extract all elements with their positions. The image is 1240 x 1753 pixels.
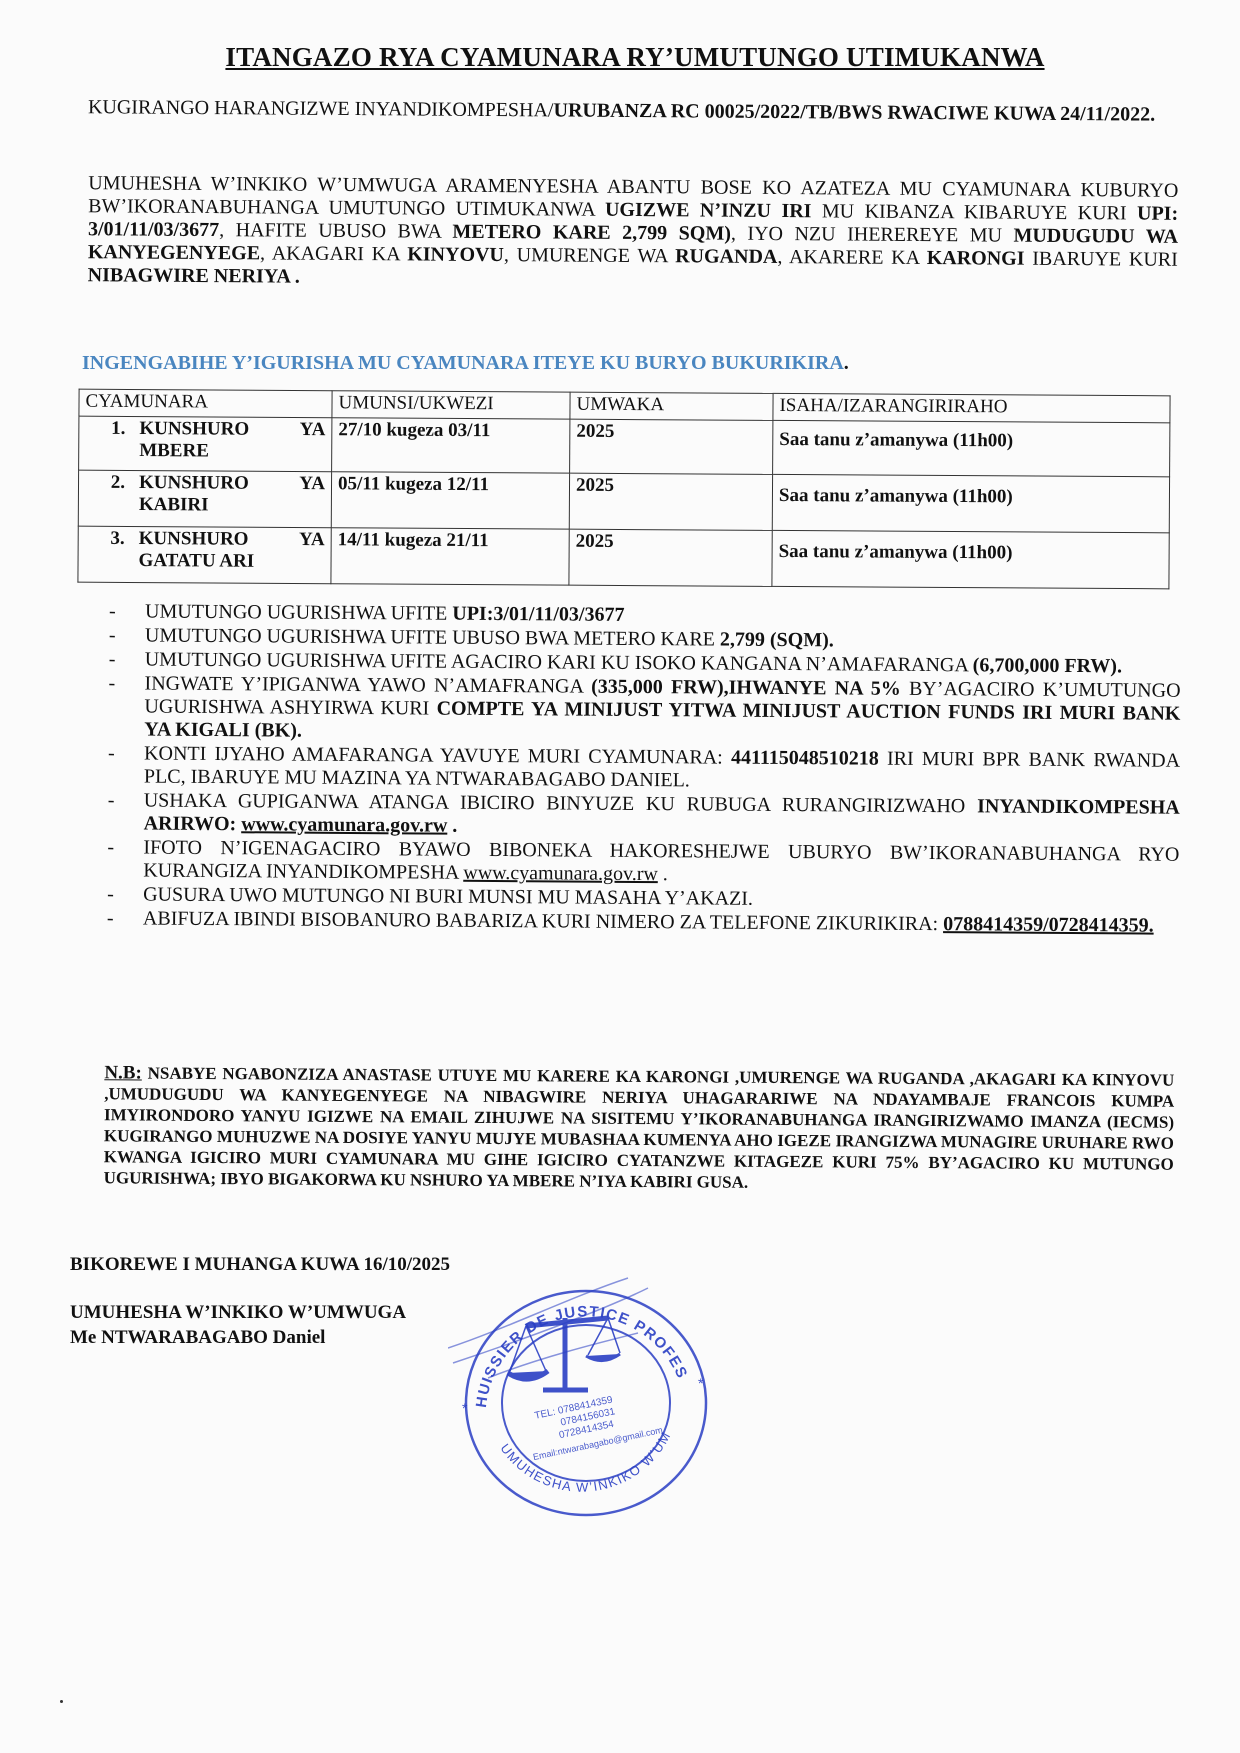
- round-cell: 2. KUNSHUROYAKABIRI: [78, 470, 331, 528]
- signer-title: UMUHESHA W’INKIKO W’UMWUGA: [70, 1302, 406, 1324]
- round-cell: 1. KUNSHUROYAMBERE: [79, 416, 332, 472]
- intro-paragraph: KUGIRANGO HARANGIZWE INYANDIKOMPESHA/URU…: [88, 96, 1178, 127]
- time-cell: Saa tanu z’amanywa (11h00): [772, 474, 1169, 532]
- header-auction: CYAMUNARA: [79, 389, 332, 418]
- table-row: 1. KUNSHUROYAMBERE 27/10 kugeza 03/11 20…: [79, 416, 1170, 477]
- document-title: ITANGAZO RYA CYAMUNARA RY’UMUTUNGO UTIMU…: [210, 42, 1060, 73]
- list-item: KONTI IJYAHO AMAFARANGA YAVUYE MURI CYAM…: [100, 742, 1180, 796]
- year-cell: 2025: [569, 529, 772, 586]
- table-row: 2. KUNSHUROYAKABIRI 05/11 kugeza 12/11 2…: [78, 470, 1169, 533]
- auction-website-link[interactable]: www.cyamunara.gov.rw: [241, 813, 447, 836]
- list-item: INGWATE Y’IPIGANWA YAWO N’AMAFRANGA (335…: [100, 672, 1180, 749]
- svg-text:*: *: [698, 1375, 704, 1391]
- header-year: UMWAKA: [570, 392, 773, 420]
- scales-of-justice-icon: [508, 1318, 620, 1390]
- header-date: UMUNSI/UKWEZI: [332, 391, 570, 419]
- list-item: USHAKA GUPIGANWA ATANGA IBICIRO BINYUZE …: [100, 789, 1180, 843]
- schedule-heading: INGENGABIHE Y’IGURISHA MU CYAMUNARA ITEY…: [82, 352, 1082, 375]
- time-cell: Saa tanu z’amanywa (11h00): [773, 420, 1170, 476]
- place-date: BIKOREWE I MUHANGA KUWA 16/10/2025: [70, 1254, 450, 1276]
- auction-website-link-2[interactable]: www.cyamunara.gov.rw: [463, 862, 658, 885]
- date-cell: 27/10 kugeza 03/11: [332, 418, 570, 473]
- table-row: 3. KUNSHUROYAGATATU ARI 14/11 kugeza 21/…: [78, 526, 1169, 589]
- time-cell: Saa tanu z’amanywa (11h00): [772, 530, 1169, 588]
- date-cell: 05/11 kugeza 12/11: [331, 472, 569, 529]
- announcement-paragraph: UMUHESHA W’INKIKO W’UMWUGA ARAMENYESHA A…: [88, 172, 1179, 295]
- nota-bene-paragraph: N.B: NSABYE NGABONZIZA ANASTASE UTUYE MU…: [104, 1062, 1175, 1195]
- nb-label: N.B:: [104, 1062, 142, 1083]
- auction-schedule-table: CYAMUNARA UMUNSI/UKWEZI UMWAKA ISAHA/IZA…: [77, 389, 1170, 590]
- official-stamp: HUISSIER DE JUSTICE PROFESSIONEL UMUHESH…: [448, 1268, 710, 1518]
- signer-name: Me NTWARABAGABO Daniel: [70, 1327, 325, 1349]
- list-item: IFOTO N’IGENAGACIRO BYAWO BIBONEKA HAKOR…: [99, 836, 1179, 890]
- round-cell: 3. KUNSHUROYAGATATU ARI: [78, 526, 331, 584]
- year-cell: 2025: [569, 473, 772, 530]
- header-time: ISAHA/IZARANGIRIRAHO: [773, 393, 1170, 422]
- svg-text:*: *: [462, 1400, 468, 1416]
- phone-numbers: 0788414359/0728414359.: [943, 913, 1154, 936]
- year-cell: 2025: [570, 419, 773, 474]
- date-cell: 14/11 kugeza 21/11: [331, 528, 569, 585]
- details-list: UMUTUNGO UGURISHWA UFITE UPI:3/01/11/03/…: [99, 600, 1181, 939]
- scan-speck: [60, 1700, 63, 1703]
- document-page: ITANGAZO RYA CYAMUNARA RY’UMUTUNGO UTIMU…: [0, 0, 1240, 1753]
